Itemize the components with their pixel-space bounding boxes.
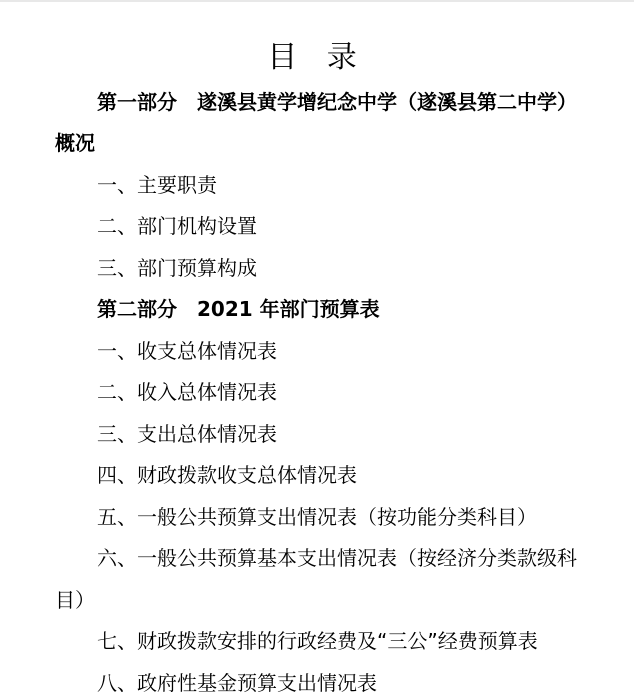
toc-item[interactable]: 三、支出总体情况表 [97,420,277,448]
toc-part1-heading-wrap[interactable]: 概况 [55,129,95,157]
toc-item[interactable]: 五、一般公共预算支出情况表（按功能分类科目） [97,503,537,531]
toc-item[interactable]: 六、一般公共预算基本支出情况表（按经济分类款级科 [97,544,577,572]
toc-item[interactable]: 一、收支总体情况表 [97,337,277,365]
toc-part2-heading[interactable]: 第二部分2021 年部门预算表 [97,295,380,323]
toc-part1-heading[interactable]: 第一部分遂溪县黄学增纪念中学（遂溪县第二中学） [97,88,577,116]
page-title: 目 录 [0,38,634,78]
part1-label: 第一部分 [97,90,177,114]
toc-item[interactable]: 八、政府性基金预算支出情况表 [97,669,377,697]
part2-title: 2021 年部门预算表 [197,297,380,321]
part1-title: 遂溪县黄学增纪念中学（遂溪县第二中学） [197,90,577,114]
toc-item[interactable]: 二、收入总体情况表 [97,378,277,406]
toc-item[interactable]: 七、财政拨款安排的行政经费及“三公”经费预算表 [97,627,538,655]
toc-item-wrap[interactable]: 目） [55,586,95,614]
page-top-edge [0,0,634,2]
toc-item[interactable]: 二、部门机构设置 [97,212,257,240]
toc-item[interactable]: 三、部门预算构成 [97,254,257,282]
toc-item[interactable]: 四、财政拨款收支总体情况表 [97,461,357,489]
toc-item[interactable]: 一、主要职责 [97,171,217,199]
part2-label: 第二部分 [97,297,177,321]
